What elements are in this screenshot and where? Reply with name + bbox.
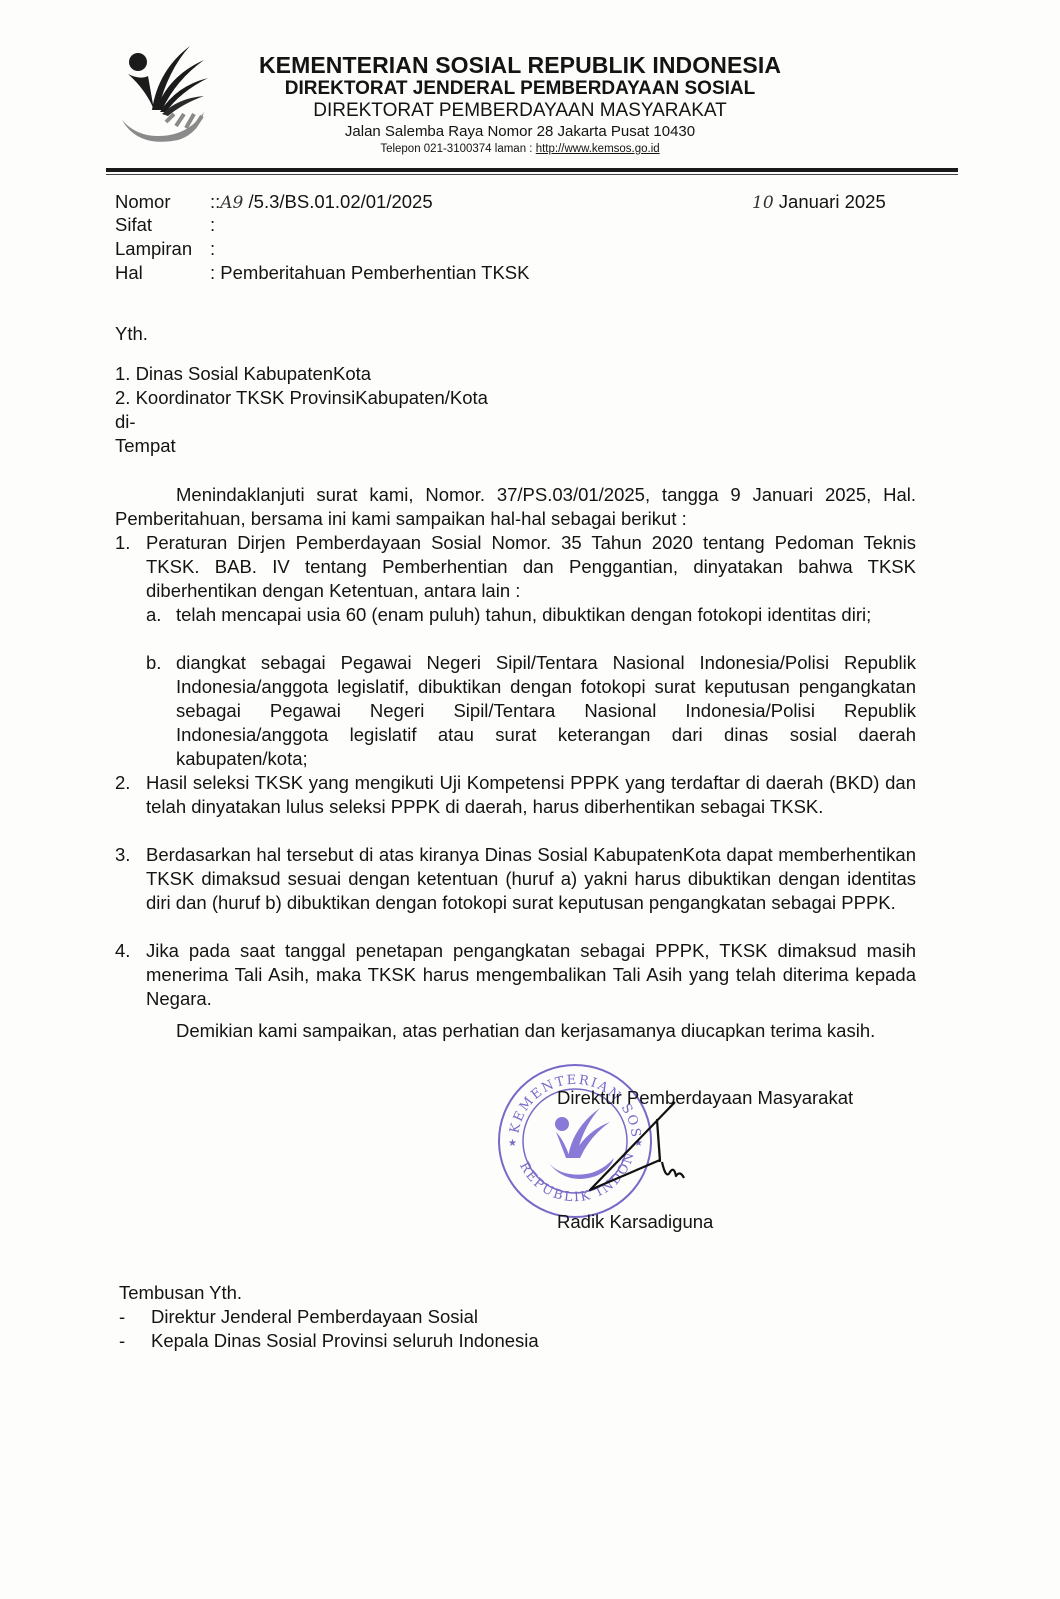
hal-label: Hal xyxy=(115,261,210,285)
recipient-tempat: Tempat xyxy=(115,434,176,458)
lampiran-label: Lampiran xyxy=(115,237,210,261)
cc-heading: Tembusan Yth. xyxy=(119,1281,242,1305)
subpoint-text: telah mencapai usia 60 (enam puluh) tahu… xyxy=(176,603,916,627)
website-link[interactable]: http://www.kemsos.go.id xyxy=(536,143,660,155)
nomor-value: ::A9 /5.3/BS.01.02/01/2025 xyxy=(210,190,433,215)
nomor-prefix: :: xyxy=(210,191,220,212)
nomor-handwritten: A9 xyxy=(220,193,243,213)
letter-date: 10 Januari 2025 xyxy=(752,190,886,215)
lampiran-value: : xyxy=(210,237,215,261)
point-number: 3. xyxy=(115,843,130,867)
point-number: 2. xyxy=(115,771,130,795)
directorate-name: DIREKTORAT PEMBERDAYAAN MASYARAKAT xyxy=(220,100,820,122)
contact-line: Telepon 021-3100374 laman : http://www.k… xyxy=(220,142,820,157)
subpoint-text: diangkat sebagai Pegawai Negeri Sipil/Te… xyxy=(176,651,916,771)
letterhead: KEMENTERIAN SOSIAL REPUBLIK INDONESIA DI… xyxy=(220,52,820,157)
date-day-handwritten: 10 xyxy=(752,193,774,213)
point-number: 4. xyxy=(115,939,130,963)
point-text: Hasil seleksi TKSK yang mengikuti Uji Ko… xyxy=(146,771,916,819)
cc-item: Kepala Dinas Sosial Provinsi seluruh Ind… xyxy=(151,1329,539,1353)
point-text: Peraturan Dirjen Pemberdayaan Sosial Nom… xyxy=(146,531,916,603)
phone: Telepon 021-3100374 laman : xyxy=(380,143,535,155)
recipient-item: 1. Dinas Sosial KabupatenKota xyxy=(115,362,371,386)
cc-item: Direktur Jenderal Pemberdayaan Sosial xyxy=(151,1305,478,1329)
greeting: Yth. xyxy=(115,322,148,346)
nomor-rest: /5.3/BS.01.02/01/2025 xyxy=(243,191,432,212)
letterhead-divider-thin xyxy=(106,174,958,175)
cc-bullet: - xyxy=(119,1329,125,1353)
svg-text:★: ★ xyxy=(508,1138,517,1149)
directorate-general-name: DIREKTORAT JENDERAL PEMBERDAYAAN SOSIAL xyxy=(220,78,820,100)
date-rest: Januari 2025 xyxy=(774,191,886,212)
ministry-name: KEMENTERIAN SOSIAL REPUBLIK INDONESIA xyxy=(220,52,820,78)
point-number: 1. xyxy=(115,531,130,555)
recipient-item: 2. Koordinator TKSK ProvinsiKabupaten/Ko… xyxy=(115,386,488,410)
intro-paragraph: Menindaklanjuti surat kami, Nomor. 37/PS… xyxy=(115,483,916,531)
closing-paragraph: Demikian kami sampaikan, atas perhatian … xyxy=(115,1019,916,1043)
sifat-value: : xyxy=(210,213,215,237)
signatory-name: Radik Karsadiguna xyxy=(557,1210,713,1234)
sifat-label: Sifat xyxy=(115,213,210,237)
point-text: Jika pada saat tanggal penetapan pengang… xyxy=(146,939,916,1011)
subpoint-letter: a. xyxy=(146,603,161,627)
handwritten-signature xyxy=(580,1100,730,1200)
recipient-di: di- xyxy=(115,410,136,434)
kemensos-logo-icon xyxy=(118,40,210,152)
cc-bullet: - xyxy=(119,1305,125,1329)
hal-value: : Pemberitahuan Pemberhentian TKSK xyxy=(210,261,530,285)
address: Jalan Salemba Raya Nomor 28 Jakarta Pusa… xyxy=(220,122,820,142)
nomor-label: Nomor xyxy=(115,190,210,214)
point-text: Berdasarkan hal tersebut di atas kiranya… xyxy=(146,843,916,915)
subpoint-letter: b. xyxy=(146,651,161,675)
letterhead-divider xyxy=(106,168,958,172)
